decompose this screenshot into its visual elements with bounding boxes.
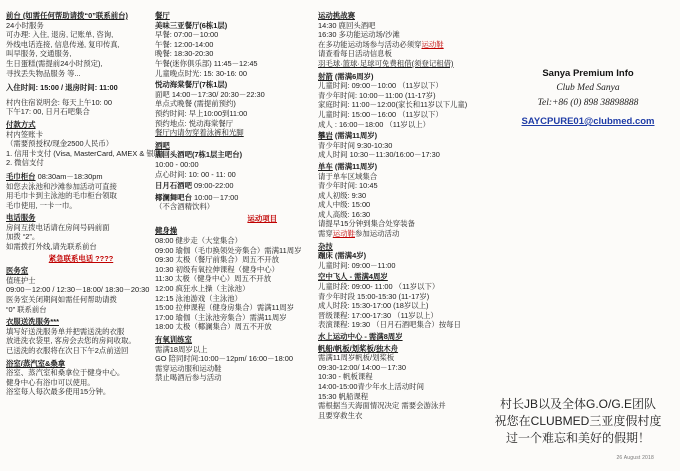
resort-name: Club Med Sanya: [497, 81, 679, 96]
text-line: 儿童时段: 09:00- 11:00 （11岁以下）: [318, 282, 486, 292]
trapeze-header: 空中飞人 - 需满4周岁: [318, 272, 486, 282]
text-line: 寻找丢失物品服务 等...: [6, 69, 156, 79]
fitness-header: 健身操: [155, 226, 317, 236]
text-line: 12:15 泳池游戏（主泳池）: [155, 294, 317, 304]
text-line: 可办理: 入住, 退房, 记账单, 咨询,: [6, 30, 156, 40]
text-line: 叫早服务, 交通服务,: [6, 49, 156, 59]
info-sheet-page: 前台 (如需任何帮助请拨“0”联系前台)24小时服务可办理: 入住, 退房, 记…: [0, 0, 680, 471]
text-line: 08:00 健步走（大堂集合）: [155, 236, 317, 246]
text-line: 需穿运动鞋参加运动活动: [318, 229, 486, 239]
text-line: 已送洗的衣服将在次日下午2点前送回: [6, 346, 156, 356]
cardio-room-header: 有氧训练室: [155, 335, 317, 345]
text-line: 羽毛球·篮球·足球可免费租借(须登记租借): [318, 59, 486, 69]
highlighted-text: 射箭: [318, 72, 333, 81]
text-line: 09:00－12:00 / 12:30－18:00/ 18:30－20:30: [6, 285, 156, 295]
text-line: 青少年时间: 10:00－11:00 (11-17岁): [318, 91, 486, 101]
text-line: 面吧 14:00－17:30/ 20:30－22:30: [155, 90, 317, 100]
text-line: 下午17: 00, 日月石吧集合: [6, 107, 156, 117]
text-line: （需要预授权/现金2500人民币）: [6, 139, 156, 149]
text-line: 晚餐: 18:30-20:30: [155, 49, 317, 59]
highlighted-text: 攀岩: [318, 131, 333, 140]
text-line: 儿童时间: 15:00－16:00 （11岁以下）: [318, 110, 486, 120]
text-line: 18:00 太极（椰澜集合）周五不开放: [155, 322, 317, 332]
text-line: 需满18周岁以上: [155, 345, 317, 355]
text-line: 健身中心有浴巾可以使用。: [6, 378, 156, 388]
farewell-message: 村长JB以及全体G.O/G.E团队 祝您在CLUBMED三亚度假村度 过一个难忘…: [478, 396, 678, 447]
text-line: 需根据当天海面情况决定 需要会游泳并: [318, 401, 486, 411]
farewell-line-3: 过一个难忘和美好的假期！: [478, 430, 678, 447]
laundry-header: 衣服送洗服务***: [6, 317, 156, 327]
text-line: 午餐: 12:00-14:00: [155, 40, 317, 50]
text-line: GO 陪同时间:10:00－12pm/ 16:00－18:00: [155, 354, 317, 364]
text-line: 加拨 “2”。: [6, 232, 156, 242]
watersports-header: 水上运动中心 - 需满8周岁: [318, 332, 486, 342]
document-date: 26 August 2018: [616, 455, 654, 461]
text-line: 外线电话连接, 信息传递, 复印传真,: [6, 40, 156, 50]
text-line: 14:30 鹿回头酒吧: [318, 21, 486, 31]
text-line: 09:00 瑜伽（毛巾换领处旁集合）需满11周岁: [155, 246, 317, 256]
text-line: 12:00 疯狂水上操（主泳池）: [155, 284, 317, 294]
front-desk-column: 前台 (如需任何帮助请拨“0”联系前台)24小时服务可办理: 入住, 退房, 记…: [6, 8, 156, 397]
text-line: 椰澜舞吧台 10:00－17:00: [155, 193, 317, 203]
highlighted-text: 运动鞋: [421, 40, 443, 49]
text-line: 需满11周岁帆板/划桨板: [318, 353, 486, 363]
archery-header: 射箭 (需满6周岁): [318, 72, 486, 82]
text-line: 17:00 瑜伽（主泳池旁集合）需满11周岁: [155, 313, 317, 323]
text-line: 成人中级: 15:00: [318, 200, 486, 210]
contact-email-link[interactable]: SAYCPURE01@clubmed.com: [522, 115, 655, 129]
text-line: 10:30 - 帆板课程: [318, 372, 486, 382]
highlighted-text: 单车: [318, 162, 333, 171]
contact-tel: Tel:+86 (0) 898 38898888: [497, 96, 679, 111]
text-line: 青少年时间: 10:45: [318, 181, 486, 191]
contact-block: Sanya Premium Info Club Med Sanya Tel:+8…: [497, 66, 679, 129]
text-line: 10:30 初级有氧拉伸课程（健身中心）: [155, 265, 317, 275]
text-line: 如您去泳池和沙滩参加活动可直接: [6, 182, 156, 192]
text-line: 且要穿救生衣: [318, 411, 486, 421]
text-line: 成人高级: 16:30: [318, 210, 486, 220]
text-line: 15:00 拉伸课程（健身房集合）需满11周岁: [155, 303, 317, 313]
highlighted-text: 毛巾柜台: [6, 172, 36, 181]
sports-challenge-header: 运动挑战赛: [318, 11, 486, 21]
text-line: 帆船/帆板/划桨板/独木舟: [318, 344, 486, 354]
climbing-header: 攀岩 (需满11周岁): [318, 131, 486, 141]
front-desk-header: 前台 (如需任何帮助请拨“0”联系前台): [6, 11, 156, 21]
farewell-line-2: 祝您在CLUBMED三亚度假村度: [478, 413, 678, 430]
text-line: 请于单车区域集合: [318, 172, 486, 182]
text-line: 放进洗衣袋里, 客房会去您的房间收取。: [6, 336, 156, 346]
text-line: 09:30-12:00/ 14:00－17:30: [318, 363, 486, 373]
text-line: 11:30 太极（健身中心）周五不开放: [155, 274, 317, 284]
highlighted-text: 运动鞋: [333, 229, 355, 238]
text-line: 浴室每人每次最多使用15分钟。: [6, 387, 156, 397]
text-line: “0” 联系前台: [6, 305, 156, 315]
text-line: 美味三亚餐厅(6栋1层): [155, 21, 317, 31]
text-line: 成人 : 16:00－18:00 （11岁以上）: [318, 120, 486, 130]
text-line: 2. 微信支付: [6, 158, 156, 168]
bars-header: 酒吧: [155, 141, 317, 151]
text-line: 悦动海棠餐厅(7栋1层): [155, 80, 317, 90]
text-line: 禁止喝酒后参与活动: [155, 373, 317, 383]
text-line: 在多功能运动场参与活动必须穿运动鞋: [318, 40, 486, 50]
sports-section-header: 运动项目: [155, 214, 317, 224]
emergency-phone: 紧急联系电话 ????: [6, 254, 156, 264]
highlighted-text: 日月石酒吧: [155, 181, 192, 190]
text-line: 值班护士: [6, 276, 156, 286]
text-line: 成人初级: 9:30: [318, 191, 486, 201]
text-line: 浴室、蒸汽室和桑拿位于健身中心。: [6, 368, 156, 378]
text-line: 青少年时间 9:30-10:30: [318, 141, 486, 151]
text-line: 用毛巾卡到主泳池的毛巾柜台领取: [6, 191, 156, 201]
text-line: 家庭时间: 11:00－12:00(家长和11岁以下儿童): [318, 100, 486, 110]
text-line: 蹦床 (需满4岁): [318, 251, 486, 261]
text-line: 成人时段: 15:30-17:00 (18岁以上): [318, 301, 486, 311]
text-line: 村内签账卡: [6, 130, 156, 140]
text-line: 请提早15分钟到集合处穿装备: [318, 219, 486, 229]
text-line: 24小时服务: [6, 21, 156, 31]
payment-header: 付款方式: [6, 120, 156, 130]
towel-counter-header: 毛巾柜台 08:30am－18:30pm: [6, 172, 156, 182]
text-line: 10:00 - 00:00: [155, 160, 317, 170]
text-line: （不含酒精饮料）: [155, 202, 317, 212]
text-line: 鹿回头酒吧(7栋1层主吧台): [155, 150, 317, 160]
cycling-header: 单车 (需满11周岁): [318, 162, 486, 172]
spa-header: 浴室/蒸汽室&桑拿: [6, 359, 156, 369]
text-line: 毛巾使用, 一卡一巾。: [6, 201, 156, 211]
text-line: 儿童晚点时光: 15: 30-16: 00: [155, 69, 317, 79]
text-line: 09:30 太极（餐厅前集合）周五不开放: [155, 255, 317, 265]
activities-column: 运动挑战赛14:30 鹿回头酒吧16:30 多功能运动场/沙滩在多功能运动场参与…: [318, 8, 486, 420]
checkin-checkout-times: 入住时间: 15:00 / 退房时间: 11:00: [6, 83, 156, 93]
phone-service-header: 电话服务: [6, 213, 156, 223]
text-line: 1. 信用卡支付 (Visa, MasterCard, AMEX & 银联): [6, 149, 156, 159]
text-line: 点心时间: 10: 00 - 11: 00: [155, 170, 317, 180]
text-line: 午餐(迷你俱乐部) 11:45－12:45: [155, 59, 317, 69]
text-line: 房间互拨电话请在房间号码前面: [6, 223, 156, 233]
text-line: 表演课程: 19:30 （日月石酒吧集合）按每日: [318, 320, 486, 330]
text-line: 村内住宿说明会: 每天上午10: 00: [6, 98, 156, 108]
text-line: 餐厅内请勿穿着泳裤和光脚: [155, 128, 317, 138]
text-line: 儿童时间: 09:00－10:00 （11岁以下）: [318, 81, 486, 91]
text-line: 儿童时间: 09:00－11:00: [318, 261, 486, 271]
text-line: 早餐: 07:00－10:00: [155, 30, 317, 40]
text-line: 医务室关闭期间如需任何帮助请拨: [6, 295, 156, 305]
text-line: 16:30 多功能运动场/沙滩: [318, 30, 486, 40]
text-line: 需穿运动服和运动鞋: [155, 364, 317, 374]
restaurant-header: 餐厅: [155, 11, 317, 21]
text-line: 14:00-15:00青少年水上活动时间: [318, 382, 486, 392]
farewell-line-1: 村长JB以及全体G.O/G.E团队: [478, 396, 678, 413]
text-line: 填写好送洗服务单并把需送洗的衣服: [6, 327, 156, 337]
contact-title: Sanya Premium Info: [497, 66, 679, 81]
circus-header: 杂技: [318, 242, 486, 252]
text-line: 晋级课程: 17:00-17:30 （11岁以上）: [318, 311, 486, 321]
highlighted-text: 椰澜舞吧台: [155, 193, 192, 202]
text-line: 成人时间 10:30－11:30/16:00－17:30: [318, 150, 486, 160]
text-line: 单点式晚餐 (需提前预约): [155, 99, 317, 109]
dining-bars-fitness-column: 餐厅美味三亚餐厅(6栋1层)早餐: 07:00－10:00午餐: 12:00-1…: [155, 8, 317, 383]
text-line: 生日蛋糕(需提前24小时预定),: [6, 59, 156, 69]
text-line: 预约地点: 悦动海棠餐厅: [155, 119, 317, 129]
clinic-header: 医务室: [6, 266, 156, 276]
text-line: 日月石酒吧 09:00-22:00: [155, 181, 317, 191]
text-line: 青少年时段 15:00-15:30 (11-17岁): [318, 292, 486, 302]
text-line: 预约时间: 早上10:00到11:00: [155, 109, 317, 119]
text-line: 请查看每日活动信息板: [318, 49, 486, 59]
text-line: 15:30 帆船课程: [318, 392, 486, 402]
text-line: 如需拨打外线,请先联系前台: [6, 242, 156, 252]
